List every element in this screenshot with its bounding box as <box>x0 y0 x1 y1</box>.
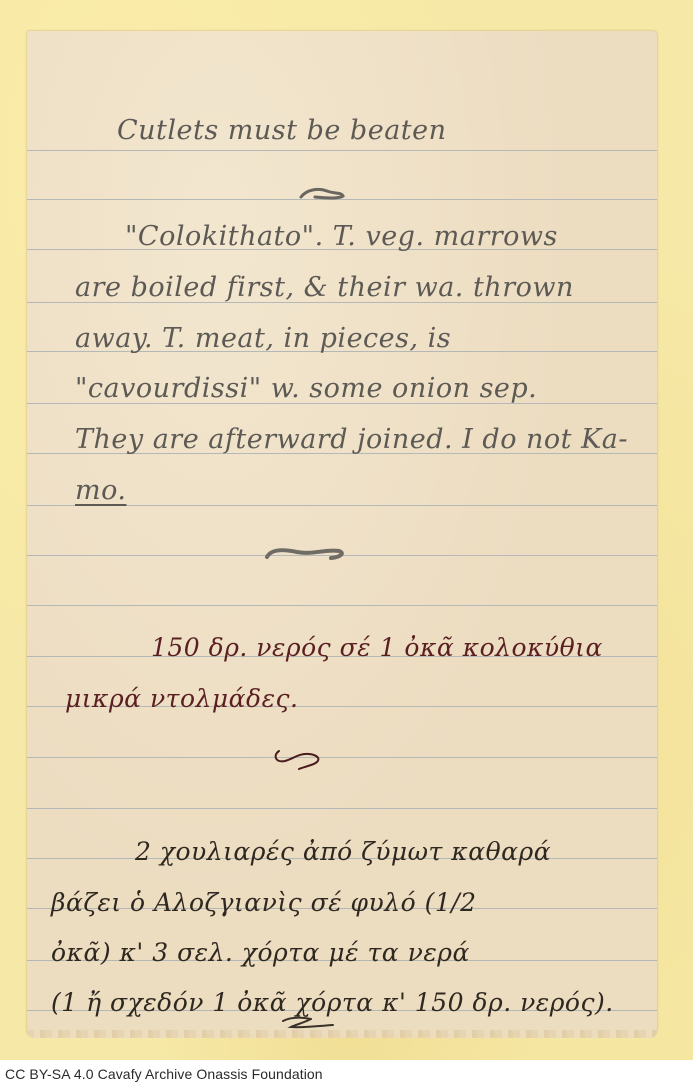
ruled-line <box>27 757 657 758</box>
license-caption: CC BY-SA 4.0 Cavafy Archive Onassis Foun… <box>5 1066 323 1082</box>
note-line-colokithato: "Colokithato". T. veg. marrows <box>125 221 558 252</box>
section-divider-flourish-icon <box>297 186 347 202</box>
note-line-meat: away. T. meat, in pieces, is <box>75 323 451 354</box>
manuscript-page: Cutlets must be beaten "Colokithato". T.… <box>27 31 657 1034</box>
note-line-cavourdissi: "cavourdissi" w. some onion sep. <box>75 373 537 404</box>
note-line-greek-1: 150 δρ. νερός σέ 1 ὀκᾶ κολοκύθια <box>151 633 603 662</box>
note-line-cutlets: Cutlets must be beaten <box>117 115 447 146</box>
note-line-boiled: are boiled first, & their wa. thrown <box>75 272 574 303</box>
note-line-joined: They are afterward joined. I do not Ka- <box>75 424 628 455</box>
note-line-greek-3: 2 χουλιαρές ἀπό ζύμωτ καθαρά <box>135 837 551 866</box>
note-line-greek-5: ὀκᾶ) κ' 3 σελ. χόρτα μέ τα νερά <box>51 938 470 967</box>
note-line-mo: mo. <box>75 475 126 506</box>
ruled-line <box>27 605 657 606</box>
end-flourish-icon <box>277 1013 341 1033</box>
section-divider-flourish-icon <box>271 745 331 771</box>
ruled-line <box>27 150 657 151</box>
note-line-greek-4: βάζει ὁ Αλοζγιανὶς σέ φυλό (1/2 <box>51 888 477 917</box>
ruled-line <box>27 808 657 809</box>
note-line-greek-2: μικρά ντολμάδες. <box>65 684 298 713</box>
section-divider-flourish-icon <box>263 543 349 565</box>
